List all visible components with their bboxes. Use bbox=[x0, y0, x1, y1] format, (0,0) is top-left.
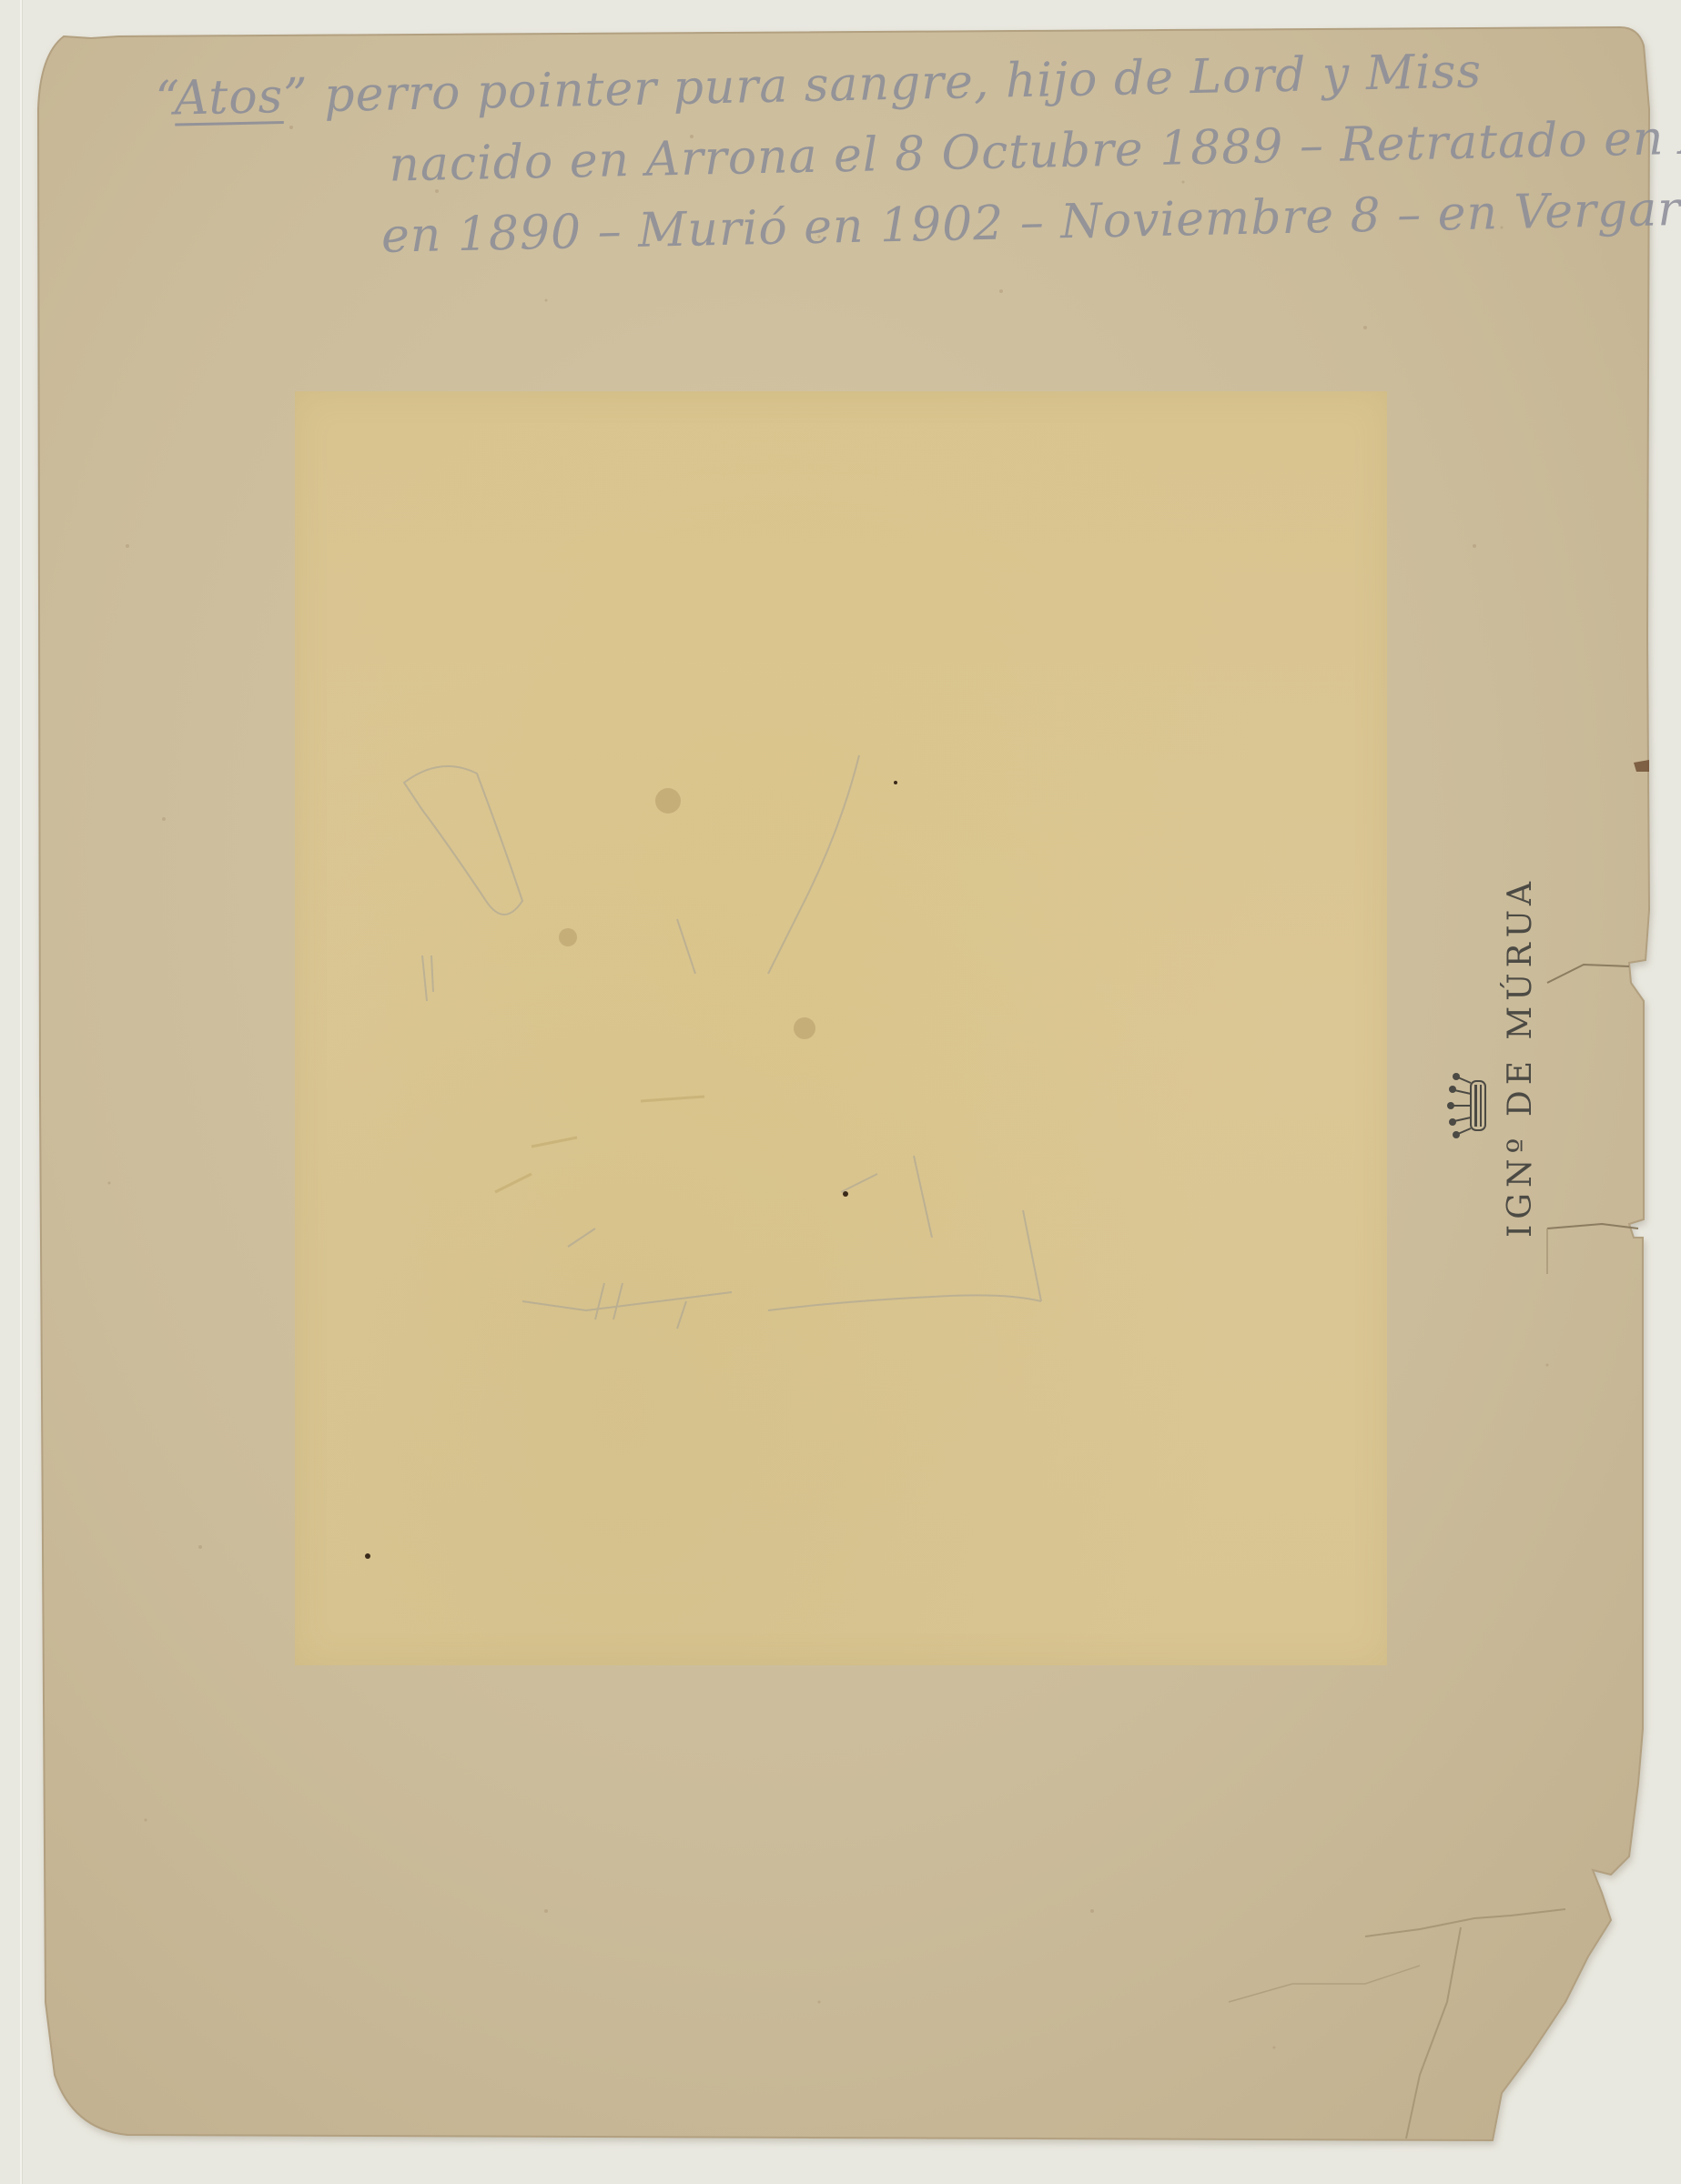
crown-icon bbox=[1438, 1065, 1493, 1147]
inscription-open-quote: “ bbox=[155, 72, 175, 126]
inscription-dog-name: Atos bbox=[174, 69, 284, 126]
pencil-inscription: “Atos” perro pointer pura sangre, hijo d… bbox=[155, 33, 1634, 277]
photographer-stamp: IGNº DE MÚRUA bbox=[1420, 937, 1602, 1247]
stamp-text: IGNº DE MÚRUA bbox=[1502, 876, 1539, 1238]
faint-pencil-sketch-marks bbox=[295, 391, 1387, 1665]
print-panel bbox=[295, 391, 1387, 1665]
